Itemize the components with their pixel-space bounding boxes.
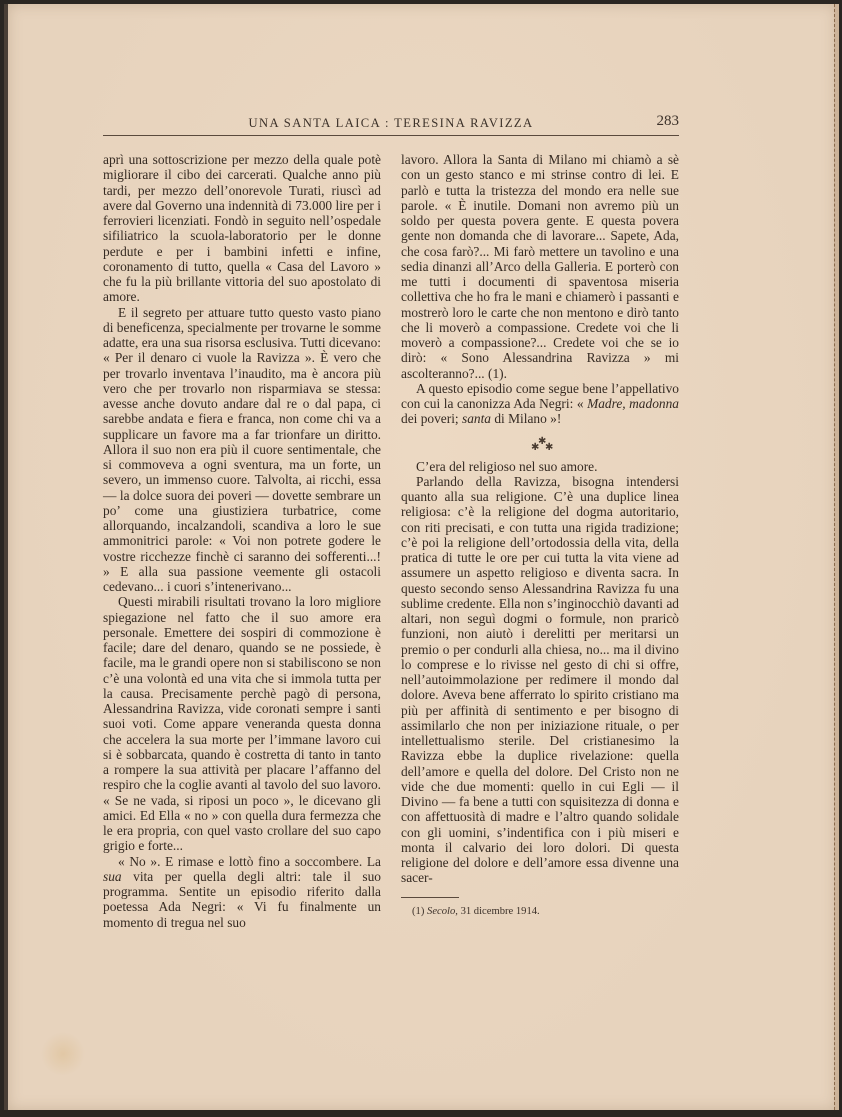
paragraph: A questo episodio come segue bene l’appe… (401, 381, 679, 427)
paragraph: aprì una sottoscrizione per mezzo della … (103, 152, 381, 305)
footnote-source: Secolo (427, 906, 455, 917)
footnote-rule (401, 897, 459, 898)
footnote-marker: (1) (412, 906, 424, 917)
paragraph: C’era del religioso nel suo amore. (401, 459, 679, 474)
right-column: lavoro. Allora la Santa di Milano mi chi… (401, 152, 679, 886)
emphasis: sua (103, 869, 122, 884)
paragraph: lavoro. Allora la Santa di Milano mi chi… (401, 152, 679, 381)
page-edge (834, 4, 839, 1110)
page-number: 283 (657, 113, 680, 130)
paragraph: E il segreto per attuare tutto questo va… (103, 305, 381, 595)
emphasis: Madre, madonna (587, 396, 679, 411)
running-head: UNA SANTA LAICA : TERESINA RAVIZZA 283 (103, 113, 679, 133)
footnote-date: , 31 dicembre 1914. (455, 906, 539, 917)
emphasis: santa (462, 411, 491, 426)
text-run: vita per quella degli altri: tale il suo… (103, 869, 381, 930)
left-column: aprì una sottoscrizione per mezzo della … (103, 152, 381, 930)
paragraph: Parlando della Ravizza, bisogna intender… (401, 474, 679, 886)
asterisk-icon: ✱ (545, 443, 553, 453)
footnote: (1) Secolo, 31 dicembre 1914. (412, 906, 540, 917)
text-run: di Milano »! (491, 411, 561, 426)
text-run: « No ». E rimase e lottò fino a soccombe… (118, 854, 381, 869)
paragraph: Questi mirabili risultati trovano la lor… (103, 594, 381, 853)
text-run: dei poveri; (401, 411, 462, 426)
running-title: UNA SANTA LAICA : TERESINA RAVIZZA (103, 116, 679, 131)
section-break-asterism: ✱ ✱ ✱ (401, 429, 679, 459)
paragraph: « No ». E rimase e lottò fino a soccombe… (103, 854, 381, 930)
header-rule (103, 135, 679, 136)
